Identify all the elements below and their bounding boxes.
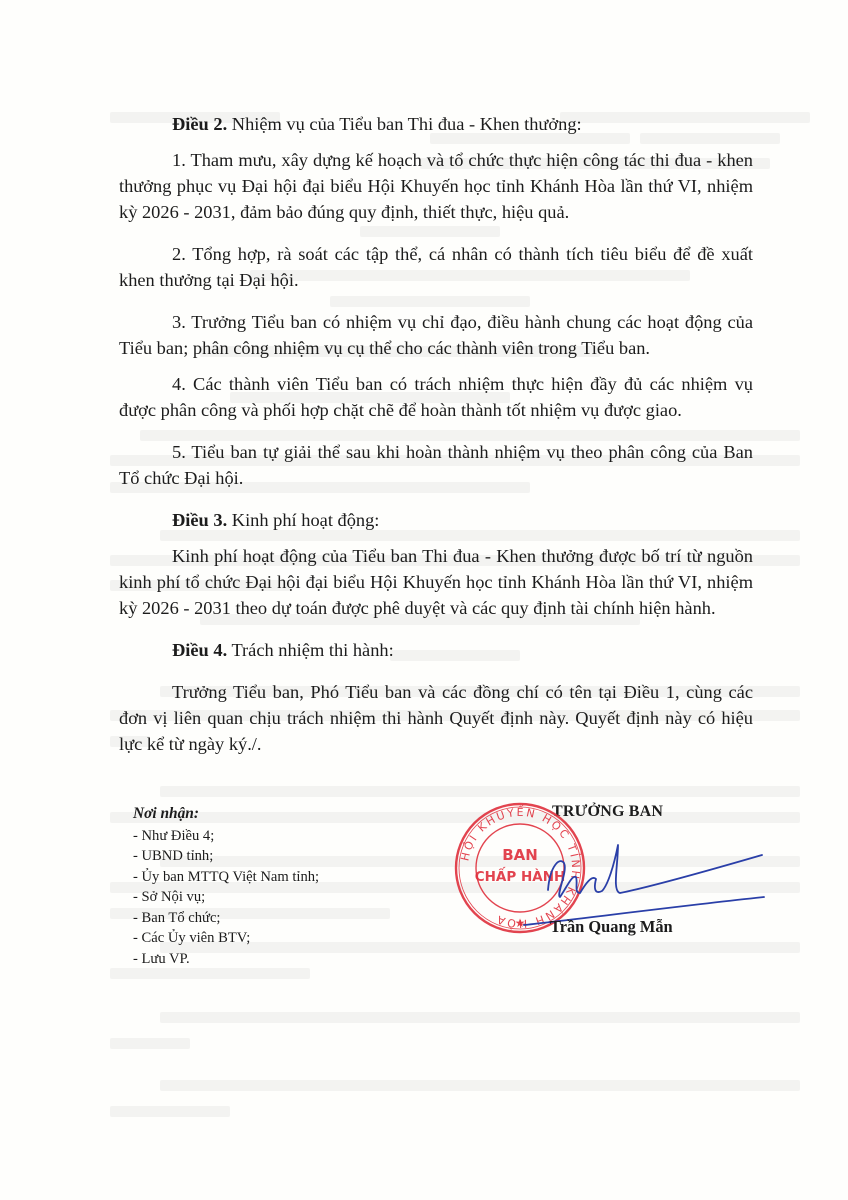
recipients-block: Nơi nhận: - Như Điều 4; - UBND tỉnh; - Ủ… <box>133 804 319 969</box>
article-2-heading: Điều 2. Nhiệm vụ của Tiểu ban Thi đua - … <box>119 111 753 137</box>
recipient-item: - Các Ủy viên BTV; <box>133 928 319 949</box>
recipient-item: - UBND tỉnh; <box>133 846 319 867</box>
article-2-item: 1. Tham mưu, xây dựng kế hoạch và tổ chứ… <box>119 147 753 225</box>
document-page: Điều 2. Nhiệm vụ của Tiểu ban Thi đua - … <box>0 0 848 1200</box>
article-3-heading: Điều 3. Kinh phí hoạt động: <box>119 507 753 533</box>
article-2-item: 2. Tổng hợp, rà soát các tập thể, cá nhâ… <box>119 241 753 293</box>
recipient-item: - Ủy ban MTTQ Việt Nam tỉnh; <box>133 867 319 888</box>
recipient-item: - Sở Nội vụ; <box>133 887 319 908</box>
article-3-body: Kinh phí hoạt động của Tiểu ban Thi đua … <box>119 543 753 621</box>
article-2-title: Nhiệm vụ của Tiểu ban Thi đua - Khen thư… <box>227 114 581 134</box>
article-2-item: 4. Các thành viên Tiểu ban có trách nhiệ… <box>119 371 753 423</box>
article-4-heading: Điều 4. Trách nhiệm thi hành: <box>119 637 753 663</box>
recipient-item: - Như Điều 4; <box>133 826 319 847</box>
article-3-label: Điều 3. <box>172 510 227 530</box>
recipient-item: - Lưu VP. <box>133 949 319 970</box>
article-3-title: Kinh phí hoạt động: <box>227 510 379 530</box>
article-4-label: Điều 4. <box>172 640 227 660</box>
article-4-body: Trưởng Tiểu ban, Phó Tiểu ban và các đồn… <box>119 679 753 757</box>
article-4-title: Trách nhiệm thi hành: <box>227 640 394 660</box>
decision-body: Điều 2. Nhiệm vụ của Tiểu ban Thi đua - … <box>119 111 753 757</box>
article-2-item: 3. Trưởng Tiểu ban có nhiệm vụ chỉ đạo, … <box>119 309 753 361</box>
recipients-title: Nơi nhận: <box>133 804 319 825</box>
recipient-item: - Ban Tổ chức; <box>133 908 319 929</box>
signer-name: Trần Quang Mẫn <box>550 917 730 937</box>
article-2-item: 5. Tiểu ban tự giải thể sau khi hoàn thà… <box>119 439 753 491</box>
handwritten-signature <box>520 835 770 930</box>
article-2-label: Điều 2. <box>172 114 227 134</box>
